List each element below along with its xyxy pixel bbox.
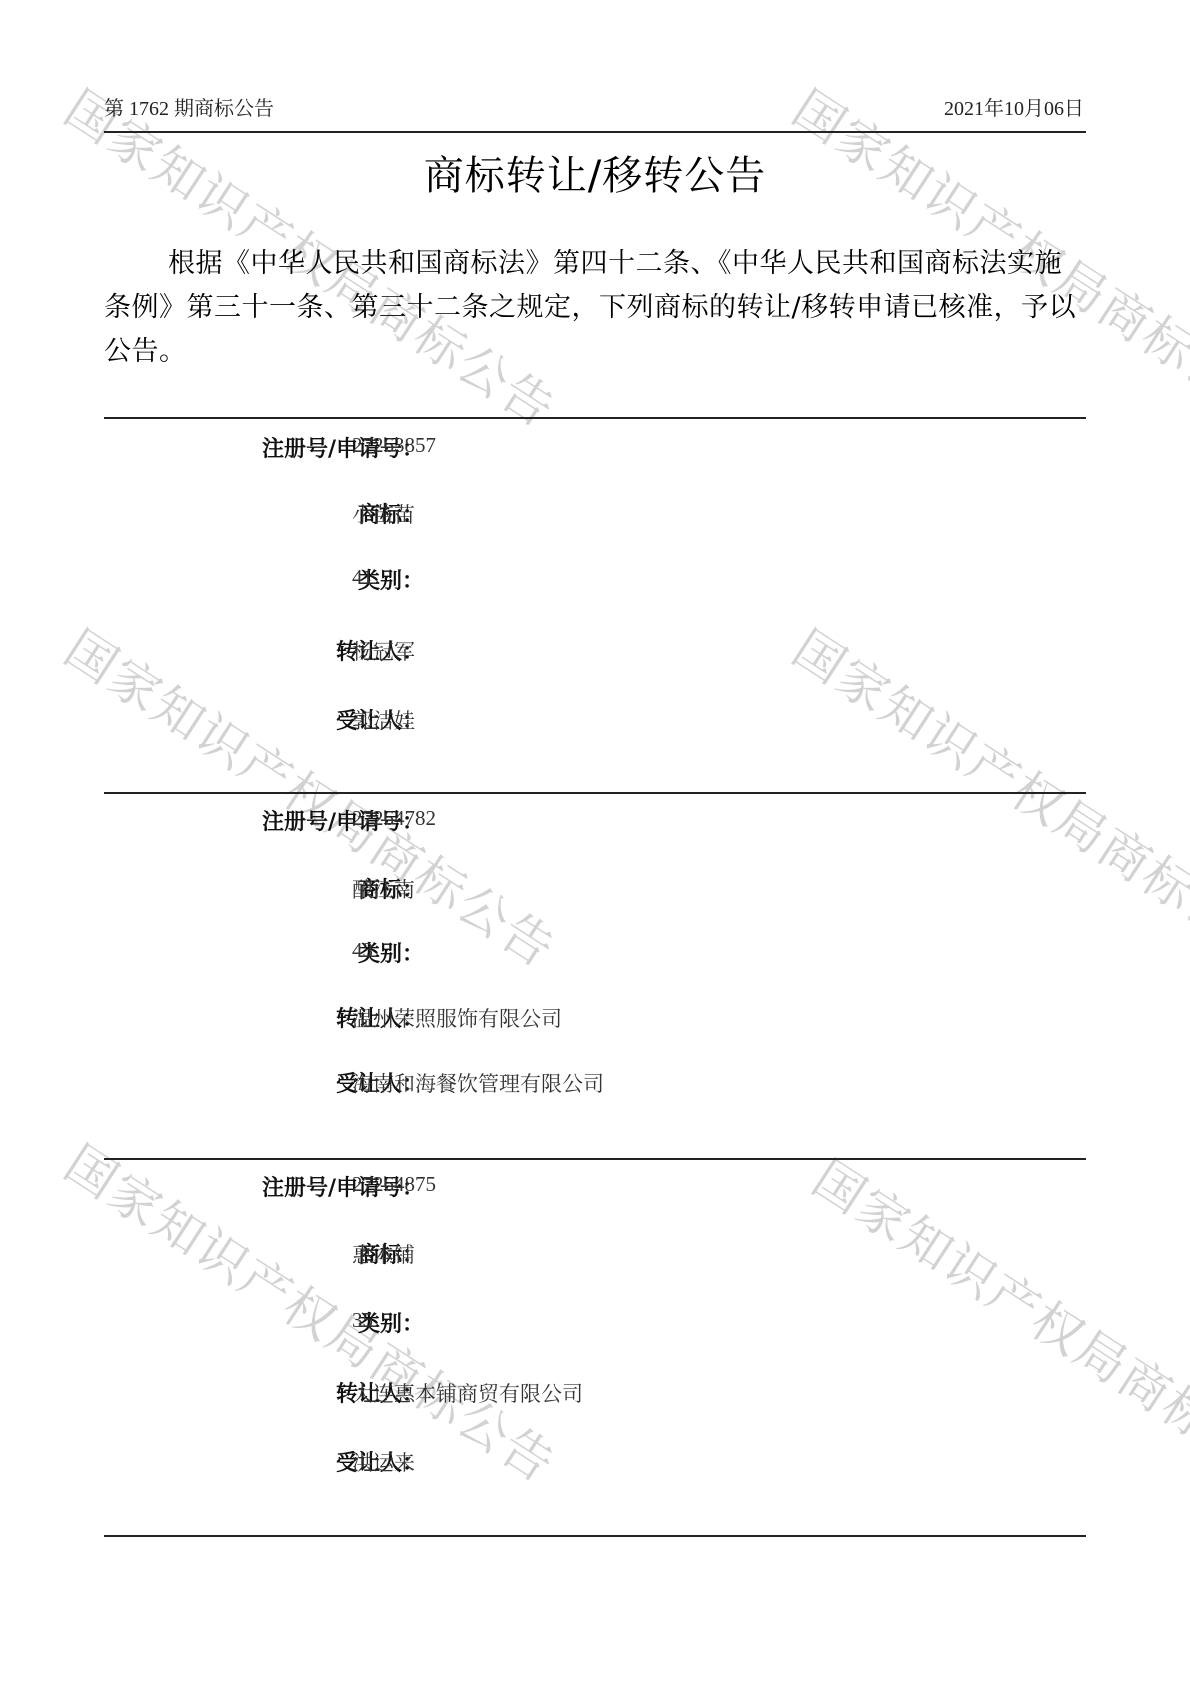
field-transferee: 受让人： 洪运来 [104,1446,1086,1476]
class-value: 35 [352,1308,373,1333]
mark-value: 酿江南 [352,874,415,904]
transferee-value: 海南和海餐饮管理有限公司 [352,1068,604,1098]
header-divider [104,131,1086,133]
field-transferor: 转让人： 温州荣照服饰有限公司 [104,1002,1086,1032]
watermark: 国家知识产权局商标公告 [781,610,1190,982]
field-reg-no: 注册号/申请号： 27264782 [104,805,1086,835]
intro-paragraph: 根据《中华人民共和国商标法》第四十二条、《中华人民共和国商标法实施条例》第三十一… [104,242,1086,374]
reg-no-value: 27264875 [352,1172,436,1197]
transferor-value: 温州荣照服饰有限公司 [352,1003,562,1033]
field-transferor: 转让人： 大连惠本铺商贸有限公司 [104,1377,1086,1407]
reg-no-value: 27263857 [352,433,436,458]
field-transferee: 受让人： 郭洁娃 [104,704,1086,734]
field-class: 类别： 43 [104,937,1086,967]
transferor-value: 杨冠军 [352,636,415,666]
field-mark: 商标： 惠本铺 [104,1238,1086,1268]
class-value: 41 [352,565,373,590]
reg-no-value: 27264782 [352,806,436,831]
class-value: 43 [352,938,373,963]
field-transferor: 转让人： 杨冠军 [104,635,1086,665]
document-page: 国家知识产权局商标公告 国家知识产权局商标公告 国家知识产权局商标公告 国家知识… [0,0,1190,1698]
page-header: 第 1762 期商标公告 2021年10月06日 [104,92,1084,126]
watermark: 国家知识产权局商标公告 [53,610,572,982]
mark-value: 小苗苗 [352,499,415,529]
field-mark: 商标： 酿江南 [104,873,1086,903]
field-class: 类别： 41 [104,564,1086,594]
field-class: 类别： 35 [104,1307,1086,1337]
record-divider [104,417,1086,419]
record-divider [104,1158,1086,1160]
transferee-value: 郭洁娃 [352,705,415,735]
publication-date: 2021年10月06日 [944,92,1084,121]
field-mark: 商标： 小苗苗 [104,498,1086,528]
field-transferee: 受让人： 海南和海餐饮管理有限公司 [104,1067,1086,1097]
page-title: 商标转让/移转公告 [0,144,1190,201]
issue-number: 第 1762 期商标公告 [104,92,274,121]
transferee-value: 洪运来 [352,1447,415,1477]
record-divider [104,792,1086,794]
record-divider [104,1535,1086,1537]
mark-value: 惠本铺 [352,1239,415,1269]
field-reg-no: 注册号/申请号： 27264875 [104,1171,1086,1201]
transferor-value: 大连惠本铺商贸有限公司 [352,1378,583,1408]
field-reg-no: 注册号/申请号： 27263857 [104,432,1086,462]
